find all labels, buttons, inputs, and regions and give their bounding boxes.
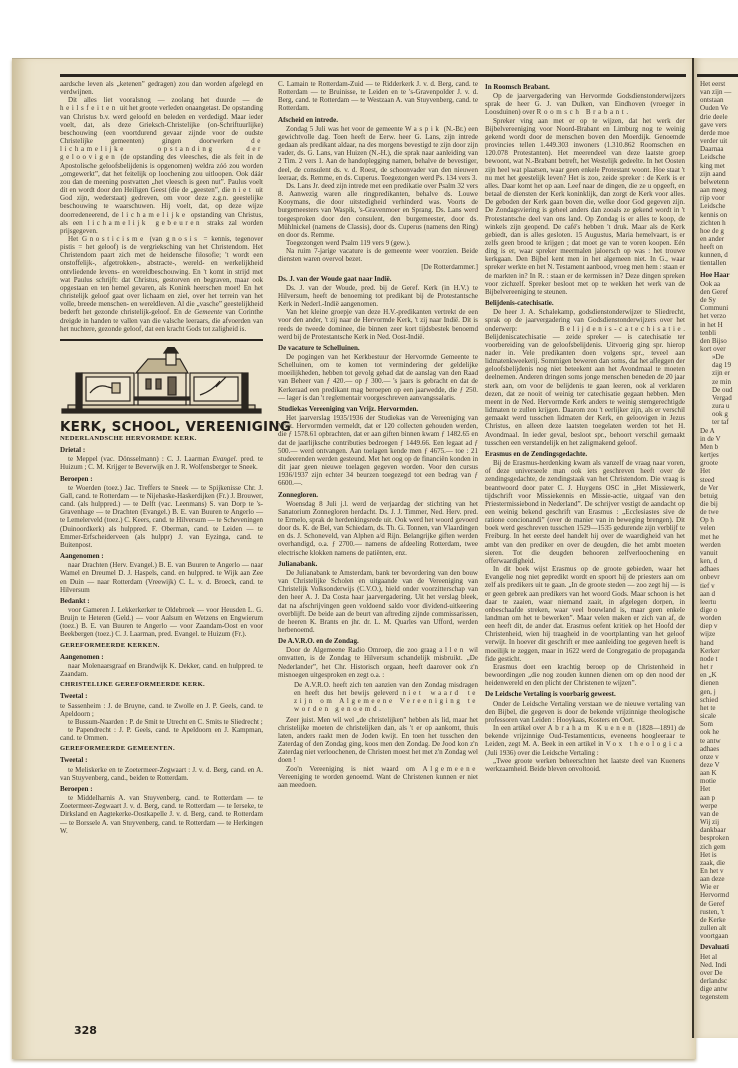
text-fragment: dankbaar (700, 826, 738, 834)
paragraph: Zoo'n Vereeniging is niet waard om Algem… (278, 765, 478, 789)
church-heading: GEREFORMEERDE KERKEN. (60, 642, 263, 650)
text-fragment: over De (700, 969, 738, 977)
text-fragment: En het v (700, 867, 738, 875)
paragraph: voor Gameren J. Lekkerkerker te Oldebroe… (60, 606, 263, 639)
text-fragment: den Bijso (700, 337, 738, 345)
section-divider (60, 339, 263, 341)
text-fragment: sicale (700, 712, 738, 720)
text-fragment: aan deze (700, 875, 738, 883)
text-fragment: tientallen (700, 259, 738, 267)
paragraph: aardsche leven als „ketenen” gedragen) z… (60, 80, 263, 96)
text-fragment: rusten, 't (700, 908, 738, 916)
text-fragment: derde moe (700, 129, 738, 137)
text-fragment: kort over (700, 345, 738, 353)
text-fragment: zura u (700, 402, 738, 410)
section-heading: Tweetal : (60, 756, 263, 764)
text-fragment: Kerker (700, 647, 738, 655)
paragraph: Erasmus doet een krachtig beroep op de C… (485, 663, 685, 687)
text-fragment: drie deele (700, 113, 738, 121)
text-fragment: Leidsche (700, 153, 738, 161)
text-fragment: diep v (700, 622, 738, 630)
paragraph: De pogingen van het Kerkbestuur der Herv… (278, 353, 478, 402)
text-fragment: aan meeg (700, 186, 738, 194)
section-heading: Drietal : (60, 446, 263, 454)
section-heading: Afscheid en intrede. (278, 116, 478, 124)
article-gnosticism: aardsche leven als „ketenen” gedragen) z… (60, 80, 263, 333)
text-fragment: tegenstem (700, 993, 738, 1001)
section-heading: Aangenomen : (60, 552, 263, 560)
text-fragment: Op h (700, 516, 738, 524)
text-fragment: tenbli (700, 329, 738, 337)
text-fragment: tief v (700, 582, 738, 590)
paragraph: Onder de Leidsche Vertaling verstaan we … (485, 700, 685, 724)
text-fragment: groote (700, 459, 738, 467)
paragraph: te Middelharnis A. van Stuyvenberg, cand… (60, 794, 263, 835)
text-fragment: betuig (700, 492, 738, 500)
text-fragment: het r (700, 663, 738, 671)
church-heading: NEDERLANDSCHE HERVORMDE KERK. (60, 435, 263, 443)
text-fragment: Hervormd (700, 891, 738, 899)
text-fragment: ter taf (700, 418, 738, 426)
text-fragment: Het eerst (700, 80, 738, 88)
text-fragment: ken, d (700, 557, 738, 565)
paragraph: naar Drachten (Herv. Evangel.) B. E. van… (60, 561, 263, 594)
text-fragment: leertu (700, 598, 738, 606)
text-fragment: verder uit (700, 137, 738, 145)
paragraph: naar Molenaarsgraaf en Brandwijk K. Dekk… (60, 662, 263, 678)
block-quote: De A.V.R.O. heeft zich ten aanzien van d… (294, 681, 478, 714)
text-fragment: onze v (700, 753, 738, 761)
church-heading: CHRISTELIJKE GEREFORMEERDE KERK. (60, 681, 263, 689)
column-3: In Roomsch Brabant.Op de jaarvergadering… (485, 80, 685, 773)
text-fragment: en ander (700, 235, 738, 243)
text-fragment: werpe (700, 802, 738, 810)
text-fragment: ze min (700, 378, 738, 386)
text-fragment: het te (700, 704, 738, 712)
text-fragment: Ouden Ve (700, 104, 738, 112)
paragraph: Dit alles liet vooralsnog — zoolang het … (60, 96, 263, 235)
column-4-clipped: Het eerstvan zijn —ontstaanOuden Vedrie … (700, 80, 738, 1002)
text-fragment: zijn aand (700, 170, 738, 178)
text-fragment: node t (700, 655, 738, 663)
text-fragment: de Kerke (700, 916, 738, 924)
text-fragment: en „K (700, 671, 738, 679)
paragraph: In een artikel over Abraham Kuenen (1828… (485, 724, 685, 757)
text-fragment: Het is (700, 851, 738, 859)
text-fragment: hand (700, 639, 738, 647)
text-fragment: dag 19 (700, 361, 738, 369)
text-fragment: wijze (700, 630, 738, 638)
text-fragment: Som (700, 720, 738, 728)
text-fragment: Vergad (700, 394, 738, 402)
text-fragment: met he (700, 533, 738, 541)
section-heading: Belijdenis-catechisatie. (485, 299, 685, 307)
text-fragment: zichten h (700, 219, 738, 227)
text-fragment: aan K (700, 769, 738, 777)
text-fragment: kennis on (700, 211, 738, 219)
text-fragment: rijp voor (700, 194, 738, 202)
paragraph: te Papendrecht : J. P. Geels, cand. te A… (60, 726, 263, 742)
text-fragment: adhaes (700, 565, 738, 573)
banner-illustration (60, 347, 263, 425)
text-fragment: Het al (700, 953, 738, 961)
section-heading: Erasmus en de Zendingsgedachte. (485, 450, 685, 458)
section-heading: Bedankt : (60, 597, 263, 605)
text-fragment: zijn er (700, 369, 738, 377)
text-fragment: voortgaan (700, 932, 738, 940)
text-fragment: motie (700, 777, 738, 785)
paragraph: Het Gnosticisme (van gnosis = kennis, te… (60, 235, 263, 333)
section-heading: In Roomsch Brabant. (485, 83, 685, 91)
source-attribution: [De Rotterdammer.] (278, 263, 478, 271)
section-heading: Aangenomen : (60, 653, 263, 661)
text-fragment: de Sy (700, 296, 738, 304)
text-fragment: zich gem (700, 843, 738, 851)
section-heading: Julianabank. (278, 560, 478, 568)
text-fragment: Daarnaa (700, 145, 738, 153)
paragraph: Ds. Lans Jr. deed zijn intrede met een p… (278, 182, 478, 239)
section-heading: Beroepen : (60, 475, 263, 483)
paragraph: Woensdag 8 Juli j.l. werd de verjaardag … (278, 500, 478, 557)
section-heading: De A.V.R.O. en de Zondag. (278, 637, 478, 645)
text-fragment: te antw (700, 737, 738, 745)
section-heading: Zonnegloren. (278, 491, 478, 499)
paragraph: Ds. J. van der Woude, pred. bij de Geref… (278, 284, 478, 308)
text-fragment: Het (700, 785, 738, 793)
paragraph: te Bussum-Naarden : P. de Smit te Utrech… (60, 718, 263, 726)
paragraph: Het jaarverslag 1935/1936 der Studiekas … (278, 414, 478, 487)
section-heading: Devaluati (700, 943, 738, 951)
text-fragment: de twe (700, 508, 738, 516)
paragraph: Zondag 5 Juli was het voor de gemeente W… (278, 125, 478, 182)
text-fragment: king met (700, 162, 738, 170)
section-heading: Hoe Haar (700, 271, 738, 279)
paragraph: De Julianabank te Amsterdam, bank ter be… (278, 569, 478, 634)
page-number: 328 (74, 1024, 97, 1037)
text-fragment: vanuit (700, 549, 738, 557)
column-2: C. Lamain te Rotterdam-Zuid — te Ridderk… (278, 80, 478, 789)
paragraph: Op de jaarvergadering van Hervormde Gods… (485, 92, 685, 116)
section-heading: De Leidsche Vertaling is voorbarig gewee… (485, 690, 685, 698)
text-fragment: steed (700, 476, 738, 484)
text-fragment: dige antw (700, 985, 738, 993)
text-fragment: Ook aa (700, 280, 738, 288)
text-fragment: De oud (700, 386, 738, 394)
text-fragment: dige o (700, 606, 738, 614)
church-with-hands-illustration (60, 347, 263, 425)
church-appointments-news: NEDERLANDSCHE HERVORMDE KERK.Drietal :te… (60, 435, 263, 835)
text-fragment: belwetenn (700, 178, 738, 186)
section-heading: Ds. J. van der Woude gaat naar Indië. (278, 275, 478, 283)
paragraph: Spreker ving aan met er op te wijzen, da… (485, 117, 685, 296)
paragraph: Na ruim 7-jarige vacature is de gemeente… (278, 247, 478, 263)
column-1: aardsche leven als „ketenen” gedragen) z… (60, 80, 263, 835)
section-heading: Studiekas Vereeniging van Vrijz. Hervorm… (278, 405, 478, 413)
text-fragment: het verzo (700, 312, 738, 320)
text-fragment: van de (700, 810, 738, 818)
text-fragment: in het H (700, 321, 738, 329)
text-fragment: kertjes (700, 451, 738, 459)
paragraph: In dit boek wijst Erasmus op de groote g… (485, 565, 685, 663)
paragraph: Door de Algemeene Radio Omroep, die zoo … (278, 646, 478, 679)
paragraph: te Woerden (toez.) Jac. Treffers te Snee… (60, 484, 263, 549)
text-fragment: die bij (700, 500, 738, 508)
adjacent-header-rule (697, 74, 738, 77)
text-fragment: De A (700, 427, 738, 435)
text-fragment: Wij zij (700, 818, 738, 826)
text-fragment: heeft on (700, 243, 738, 251)
church-heading: GEREFORMEERDE GEMEENTEN. (60, 745, 263, 753)
section-heading: Tweetal : (60, 692, 263, 700)
text-fragment: deze V (700, 761, 738, 769)
text-fragment: gen, j (700, 688, 738, 696)
section-heading: De vacature te Schelluinen. (278, 344, 478, 352)
section-heading: Beroepen : (60, 785, 263, 793)
paragraph: C. Lamain te Rotterdam-Zuid — te Ridderk… (278, 80, 478, 113)
text-fragment: worden (700, 614, 738, 622)
text-fragment: Leidsche (700, 202, 738, 210)
text-fragment: hoe de g (700, 227, 738, 235)
text-fragment: Communi (700, 304, 738, 312)
text-fragment: ontstaan (700, 96, 738, 104)
text-fragment: velen (700, 524, 738, 532)
text-fragment: gave vers (700, 121, 738, 129)
text-fragment: ook g (700, 410, 738, 418)
paragraph: Van het kleine groepje van deze H.V.-pre… (278, 308, 478, 341)
text-fragment: dienen (700, 679, 738, 687)
paragraph: te Meliskerke en te Zoetermeer-Zegwaart … (60, 766, 263, 782)
text-fragment: Ned. Indi (700, 961, 738, 969)
paragraph: Bij de Erasmus-herdenking kwam als vanze… (485, 459, 685, 565)
text-fragment: onbevr (700, 573, 738, 581)
text-fragment: van zijn — (700, 88, 738, 96)
paragraph: te Meppel (vac. Dönsselmann) : C. J. Laa… (60, 455, 263, 471)
paragraph: Zeer juist. Men wil wel „de christelijke… (278, 716, 478, 765)
text-fragment: werden (700, 541, 738, 549)
text-fragment: kunnen, d (700, 251, 738, 259)
text-fragment: aan p (700, 794, 738, 802)
text-fragment: den Geref (700, 288, 738, 296)
header-rule (60, 74, 686, 77)
text-fragment: zaak, die (700, 859, 738, 867)
text-fragment: de Ver (700, 484, 738, 492)
paragraph: Toegezongen werd Psalm 119 vers 9 (gew.)… (278, 239, 478, 247)
text-fragment: adhaes (700, 745, 738, 753)
text-fragment: besproken (700, 834, 738, 842)
text-fragment: derlandsc (700, 977, 738, 985)
text-fragment: Het (700, 467, 738, 475)
text-fragment: aan d (700, 590, 738, 598)
text-fragment: Wie er (700, 883, 738, 891)
text-fragment: »De (700, 353, 738, 361)
paragraph: De heer J. A. Schalekamp, godsdienstonde… (485, 308, 685, 447)
text-fragment: de Geref (700, 900, 738, 908)
text-fragment: Men b (700, 443, 738, 451)
text-fragment: zullen alt (700, 924, 738, 932)
paragraph: „Twee groote werken beheerschten het laa… (485, 757, 685, 773)
paragraph: te Sassenheim : J. de Bruyne, cand. te Z… (60, 702, 263, 718)
text-fragment: schied (700, 696, 738, 704)
text-fragment: in de V (700, 435, 738, 443)
text-fragment: ook he (700, 728, 738, 736)
